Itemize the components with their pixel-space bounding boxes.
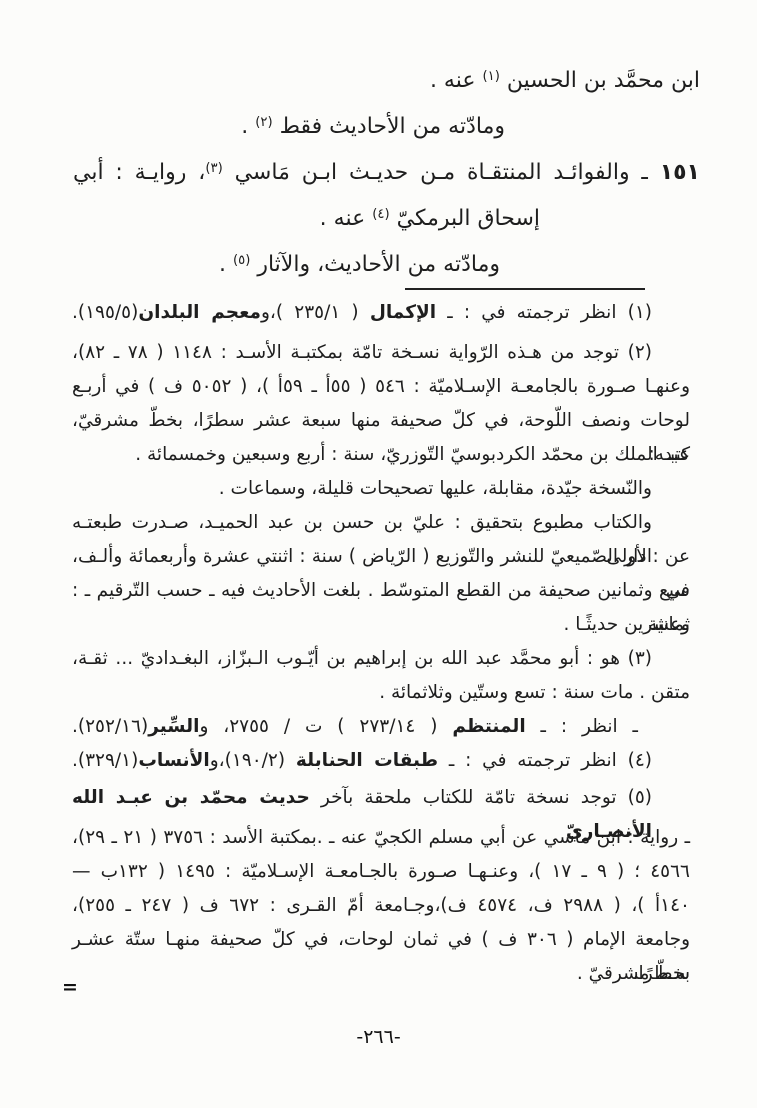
footnote-line: وعنهـا صـورة بالجامعـة الإسـلاميّة : ٥٤٦… [72, 370, 690, 404]
footnotes-block: (١) انظر ترجمته في : ـ الإكمال ( ٢٣٥/١ )… [72, 296, 690, 991]
body-text-block: ابن محمَّد بن الحسين (١) عنه .ومادّته من… [73, 58, 700, 288]
body-line: إسحاق البرمكيّ (٤) عنه . [73, 196, 700, 242]
text-run: (٤) انظر ترجمته في : ـ [438, 750, 652, 771]
footnote-line: ٤٥٦٦ ؛ ( ٩ ـ ١٧ )، وعنـهـا صـورة بالجـام… [72, 855, 690, 889]
bold-text: السِّير [148, 716, 199, 737]
text-run: عبد الملك بن محمّد الكردبوسيّ التّوزريّ،… [135, 444, 690, 465]
bold-text: معجم البلدان [138, 302, 261, 323]
page-number: -٢٦٦- [0, 1026, 757, 1048]
text-run: . [219, 252, 233, 277]
footnote-line: لوحات ونصف اللّوحة، في كلّ صحيفة منها سب… [72, 404, 690, 438]
text-run: متقن . مات سنة : تسع وستّين وثلاثمائة . [379, 682, 690, 703]
text-run: (٣) هو : أبو محمَّد عبد الله بن إبراهيم … [72, 648, 652, 669]
footnote-line: (٢) توجد من هـذه الرّواية نسـخة تامّة بم… [72, 336, 690, 370]
footnote-separator [405, 288, 645, 290]
footnote-continuation-mark: = [62, 976, 78, 998]
body-line-entry-151: ١٥١ ـ والفوائـد المنتقـاة مـن حديـث ابـن… [73, 150, 700, 196]
text-run: عنه . [430, 68, 483, 93]
text-run: ٤٥٦٦ ؛ ( ٩ ـ ١٧ )، وعنـهـا صـورة بالجـام… [72, 861, 690, 882]
text-run: ، روايـة : أبي [73, 160, 205, 185]
footnote-line: متقن . مات سنة : تسع وستّين وثلاثمائة . [72, 676, 690, 710]
footnote-line: (٣) هو : أبو محمَّد عبد الله بن إبراهيم … [72, 642, 690, 676]
body-line: ابن محمَّد بن الحسين (١) عنه . [73, 58, 700, 104]
body-line: ومادّته من الأحاديث فقط (٢) . [73, 104, 700, 150]
text-run: ابن محمَّد بن الحسين [500, 68, 700, 93]
footnote-line: والنّسخة جيّدة، مقابلة، عليها تصحيحات قل… [72, 472, 690, 506]
footnote-marker: (٤) [372, 207, 389, 222]
text-run: إسحاق البرمكيّ [390, 206, 540, 231]
text-run: (٢) توجد من هـذه الرّواية نسـخة تامّة بم… [72, 342, 652, 363]
footnote-line: سبع وثمانين صحيفة من القطع المتوسّط . بل… [72, 574, 690, 608]
text-run: ـ رواية : ابن ماسي عن أبي مسلم الكجيّ عن… [72, 827, 690, 848]
text-run: ١٤٠أ )، ( ٢٩٨٨ ف، ٤٥٧٤ ف)،وجـامعة أمّ ال… [72, 895, 690, 916]
footnote-line: (١) انظر ترجمته في : ـ الإكمال ( ٢٣٥/١ )… [72, 296, 690, 330]
scanned-book-page: ابن محمَّد بن الحسين (١) عنه .ومادّته من… [0, 0, 757, 1108]
text-run: ومادّته من الأحاديث، والآثار [250, 252, 500, 277]
text-run: (٣٢٩/١). [72, 750, 138, 771]
footnote-line: والكتاب مطبوع بتحقيق : عليّ بن حسن بن عب… [72, 506, 690, 540]
text-run: (٥) توجد نسخة تامّة للكتاب ملحقة بآخر [310, 787, 652, 808]
text-run: وعنهـا صـورة بالجامعـة الإسـلاميّة : ٥٤٦… [72, 376, 690, 397]
footnote-marker: (٥) [233, 253, 250, 268]
text-run: ( ٢٧٣/١٤ ) ت / ٢٧٥٥، و [199, 716, 452, 737]
footnote-line: ١٤٠أ )، ( ٢٩٨٨ ف، ٤٥٧٤ ف)،وجـامعة أمّ ال… [72, 889, 690, 923]
footnote-line: بخطّ مشرقيّ . [72, 957, 690, 991]
bold-text: الإكمال [370, 302, 436, 323]
text-run: (١٩٠/٢)،و [210, 750, 296, 771]
text-run: ـ والفوائـد المنتقـاة مـن حديـث ابـن مَا… [223, 160, 660, 185]
footnote-marker: (١) [482, 69, 499, 84]
text-run: والنّسخة جيّدة، مقابلة، عليها تصحيحات قل… [219, 478, 652, 499]
text-run: ـ انظر : ـ [526, 716, 638, 737]
footnote-line: ـ انظر : ـ المنتظم ( ٢٧٣/١٤ ) ت / ٢٧٥٥، … [72, 710, 690, 744]
text-run: . [241, 114, 255, 139]
text-run: عنه . [320, 206, 373, 231]
footnote-line: (٤) انظر ترجمته في : ـ طبقات الحنابلة (١… [72, 744, 690, 778]
text-run: (١) انظر ترجمته في : ـ [436, 302, 652, 323]
footnote-line: وعشرين حديثًـا . [72, 608, 690, 642]
bold-text: طبقات الحنابلة [296, 750, 438, 771]
bold-text: ١٥١ [660, 160, 700, 185]
footnote-marker: (٢) [255, 115, 272, 130]
footnote-line: عن : دار الصّميعيّ للنشر والتّوزيع ( الر… [72, 540, 690, 574]
bold-text: المنتظم [452, 716, 525, 737]
footnote-line: عبد الملك بن محمّد الكردبوسيّ التّوزريّ،… [72, 438, 690, 472]
text-run: بخطّ مشرقيّ . [577, 963, 690, 984]
footnote-line: ـ رواية : ابن ماسي عن أبي مسلم الكجيّ عن… [72, 821, 690, 855]
text-run: ( ٢٣٥/١ )،و [261, 302, 370, 323]
footnote-line: (٥) توجد نسخة تامّة للكتاب ملحقة بآخر حد… [72, 781, 690, 815]
footnote-line: وجامعة الإمام ( ٣٠٦ ف ) في ثمان لوحات، ف… [72, 923, 690, 957]
body-line: ومادّته من الأحاديث، والآثار (٥) . [73, 242, 700, 288]
text-run: (٢٥٢/١٦). [72, 716, 148, 737]
bold-text: الأنساب [138, 750, 209, 771]
text-run: (١٩٥/٥). [72, 302, 138, 323]
text-run: وعشرين حديثًـا . [564, 614, 691, 635]
footnote-marker: (٣) [205, 161, 222, 176]
text-run: ومادّته من الأحاديث فقط [273, 114, 505, 139]
